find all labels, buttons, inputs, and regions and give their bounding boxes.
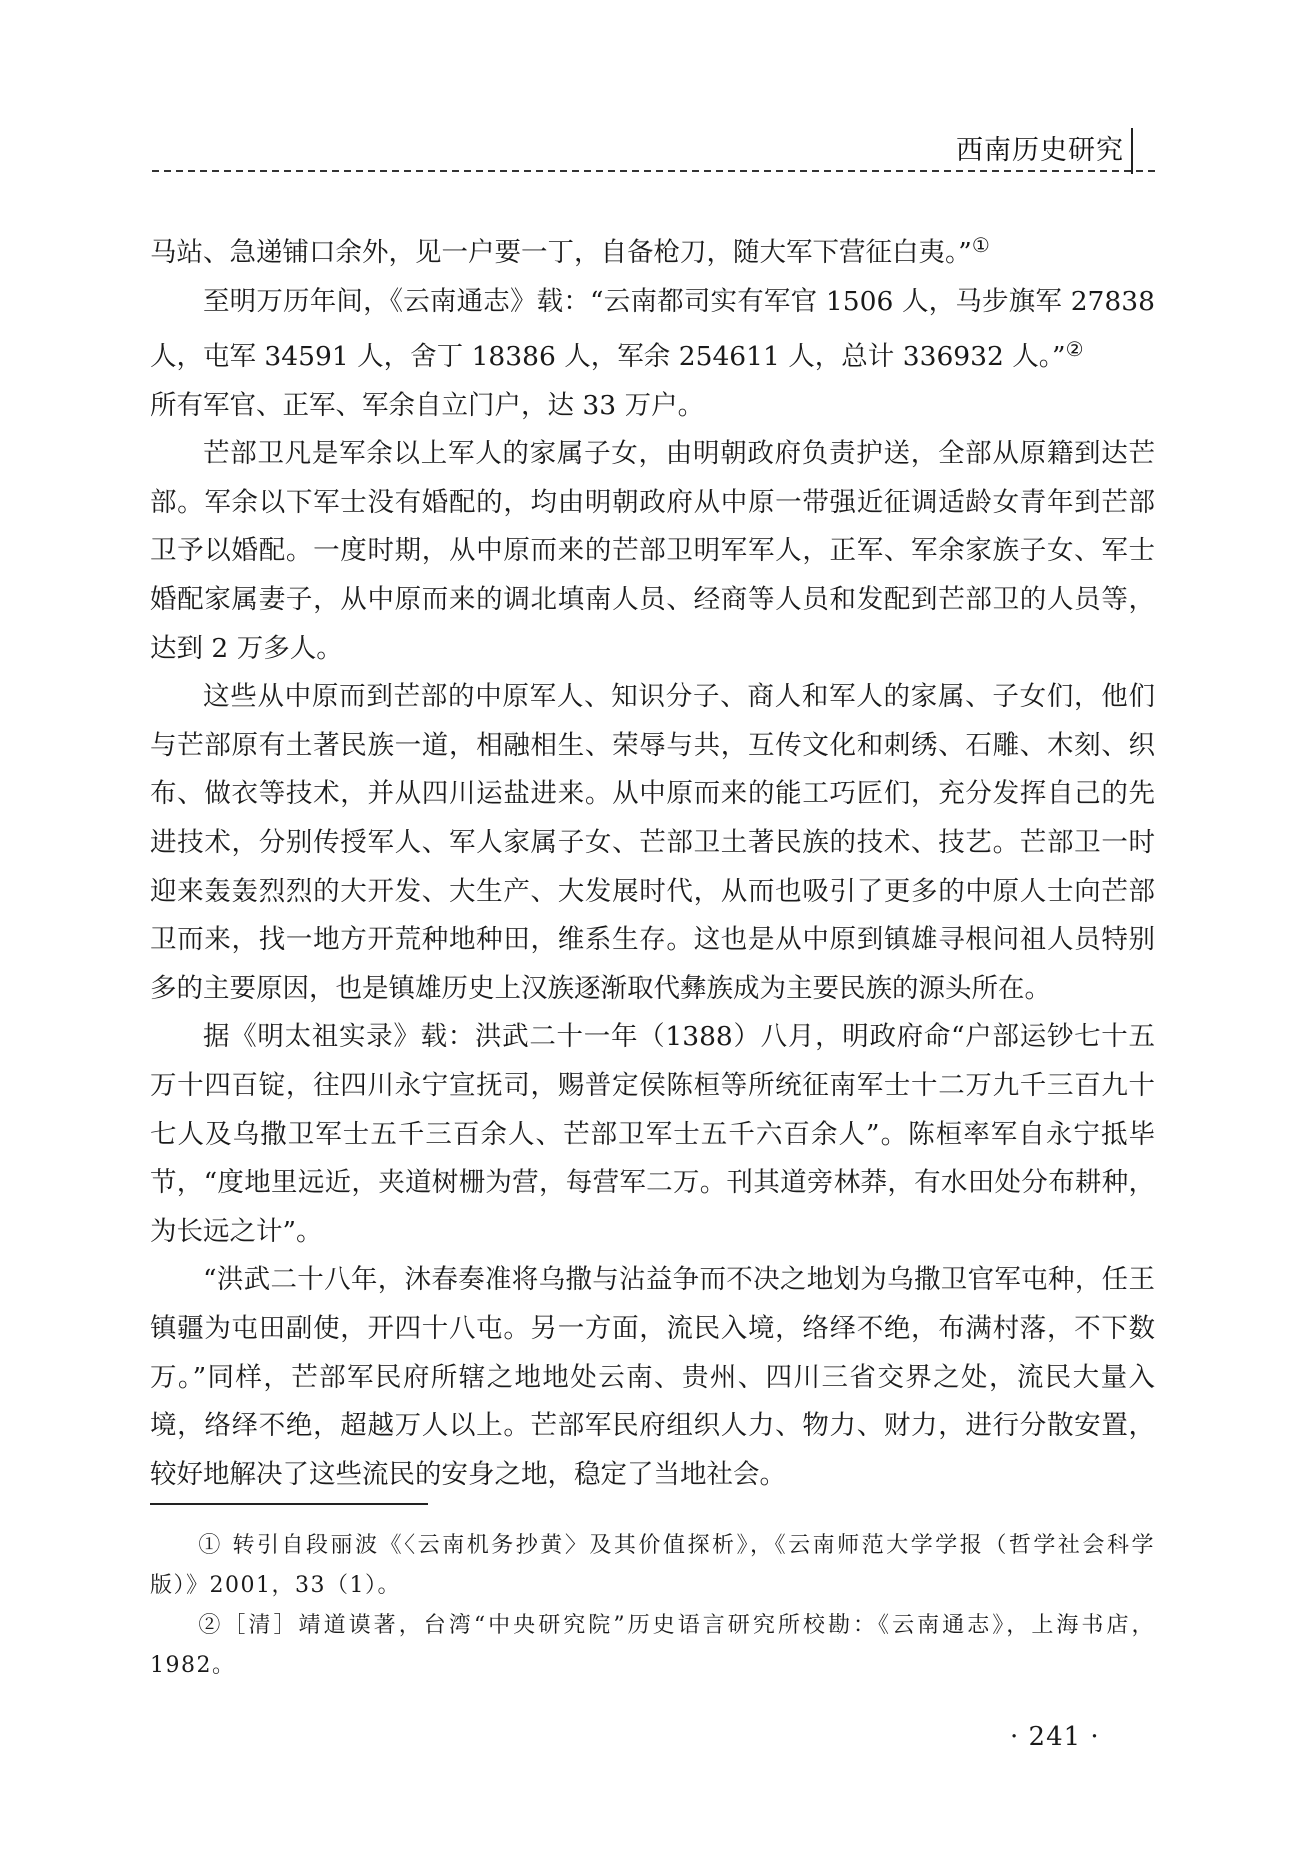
journal-title: 西南历史研究 — [956, 128, 1124, 167]
footnote-ref-2[interactable]: ② — [1066, 338, 1084, 361]
paragraph-3: 芒部卫凡是军余以上军人的家属子女，由明朝政府负责护送，全部从原籍到达芒部。军余以… — [150, 430, 1155, 673]
header-vertical-bar — [1131, 128, 1133, 174]
header-dashed-rule — [152, 170, 1156, 172]
paragraph-text: 至明万历年间，《云南通志》载：“云南都司实有军官 1506 人，马步旗军 278… — [150, 286, 1155, 373]
footnote-1: ① 转引自段丽波《〈云南机务抄黄〉及其价值探析》，《云南师范大学学报（哲学社会科… — [150, 1526, 1155, 1606]
page-number: · 241 · — [1010, 1722, 1100, 1752]
paragraph-2: 至明万历年间，《云南通志》载：“云南都司实有军官 1506 人，马步旗军 278… — [150, 278, 1155, 382]
paragraph-4: 这些从中原而到芒部的中原军人、知识分子、商人和军人的家属、子女们，他们与芒部原有… — [150, 673, 1155, 1013]
footnote-separator — [150, 1503, 428, 1505]
footnote-ref-1[interactable]: ① — [972, 234, 990, 257]
paragraph-text: 马站、急递铺口余外，见一户要一丁，自备枪刀，随大军下营征白夷。” — [150, 237, 972, 268]
footnotes: ① 转引自段丽波《〈云南机务抄黄〉及其价值探析》，《云南师范大学学报（哲学社会科… — [150, 1526, 1155, 1686]
paragraph-5: 据《明太祖实录》载：洪武二十一年（1388）八月，明政府命“户部运钞七十五万十四… — [150, 1013, 1155, 1256]
paragraph-2-continued: 所有军官、正军、军余自立门户，达 33 万户。 — [150, 382, 1155, 431]
body-text: 马站、急递铺口余外，见一户要一丁，自备枪刀，随大军下营征白夷。”① 至明万历年间… — [150, 222, 1155, 1499]
paragraph-text: 所有军官、正军、军余自立门户，达 33 万户。 — [150, 390, 704, 421]
paragraph-1: 马站、急递铺口余外，见一户要一丁，自备枪刀，随大军下营征白夷。”① — [150, 222, 1155, 278]
paragraph-6: “洪武二十八年，沐春奏准将乌撒与沾益争而不决之地划为乌撒卫官军屯种，任王镇疆为屯… — [150, 1256, 1155, 1499]
running-head: 西南历史研究 — [152, 118, 1156, 174]
footnote-2: ②［清］靖道谟著，台湾“中央研究院”历史语言研究所校勘：《云南通志》，上海书店，… — [150, 1606, 1155, 1686]
